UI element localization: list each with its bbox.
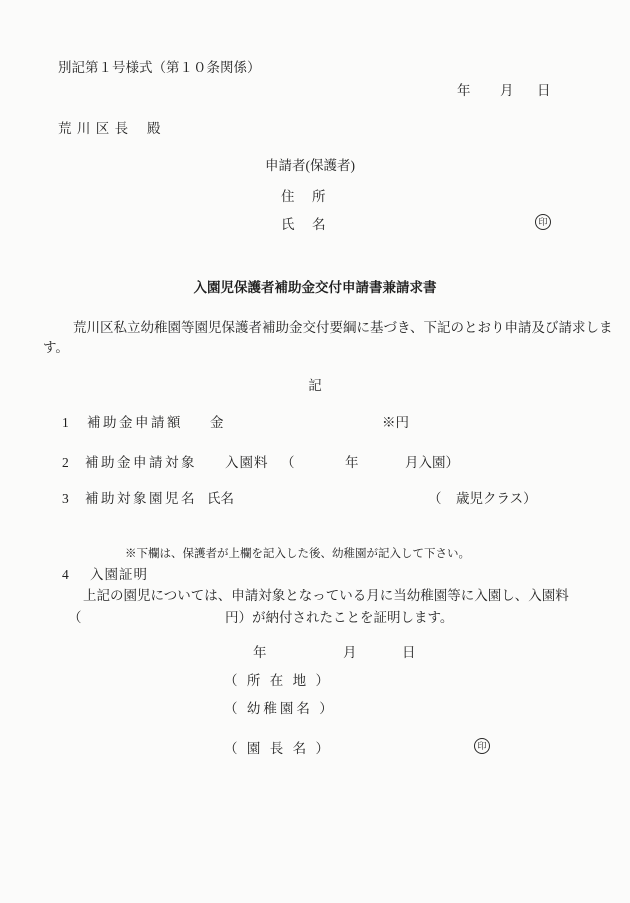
certificate-line-2: 円）が納付されたことを証明します。	[225, 610, 453, 626]
addressee-honorific: 殿	[147, 121, 161, 137]
footer-location-label: （ 所 在 地 ）	[224, 673, 332, 689]
intro-line-2: す。	[43, 340, 69, 356]
item-2-number: 2	[62, 455, 69, 471]
item-3-number: 3	[62, 491, 69, 507]
item-2-paren-open: （	[281, 455, 295, 471]
item-2-field: 入園料	[225, 455, 269, 471]
fill-in-note: ※下欄は、保護者が上欄を記入した後、幼稚園が記入して下さい。	[125, 548, 470, 562]
item-1-amount-prefix: 金	[210, 415, 224, 431]
item-4-label: 入園証明	[90, 567, 148, 583]
address-label-left: 住	[281, 189, 295, 205]
date-month-label: 月	[500, 83, 514, 99]
certificate-paren-open: （	[68, 610, 82, 626]
item-3-paren-open: （	[428, 491, 442, 507]
ki-heading: 記	[0, 378, 630, 394]
item-1-label: 補助金申請額	[87, 415, 183, 431]
item-4-number: 4	[62, 567, 69, 583]
page-title: 入園児保護者補助金交付申請書兼請求書	[0, 280, 630, 296]
item-2-year-label: 年	[345, 455, 359, 471]
footer-director-label: （ 園 長 名 ）	[224, 741, 332, 757]
date-year-label: 年	[457, 83, 471, 99]
addressee: 荒 川 区 長	[58, 121, 129, 137]
date-day-label: 日	[537, 83, 551, 99]
item-2-label: 補助金申請対象	[85, 455, 197, 471]
name-label-left: 氏	[281, 217, 295, 233]
address-label-right: 所	[312, 189, 326, 205]
name-label-right: 名	[312, 217, 326, 233]
item-1-yen-note: ※円	[382, 415, 409, 431]
form-code: 別記第１号様式（第１０条関係）	[58, 60, 261, 76]
certificate-line-1: 上記の園児については、申請対象となっている月に当幼稚園等に入園し、入園料	[83, 588, 569, 604]
footer-date-month-label: 月	[343, 645, 357, 661]
document-page: 別記第１号様式（第１０条関係） 年 月 日 荒 川 区 長 殿 申請者(保護者)…	[0, 0, 630, 903]
item-3-label: 補助対象園児名	[85, 491, 197, 507]
footer-kindergarten-label: （ 幼稚園名 ）	[224, 701, 336, 717]
item-2-month-close: 月入園）	[405, 455, 459, 471]
footer-date-year-label: 年	[253, 645, 267, 661]
item-3-field: 氏名	[207, 491, 234, 507]
footer-date-day-label: 日	[402, 645, 416, 661]
director-seal-icon: 印	[474, 738, 490, 754]
item-3-class-note: 歳児クラス）	[456, 491, 537, 507]
intro-line-1: 荒川区私立幼稚園等園児保護者補助金交付要綱に基づき、下記のとおり申請及び請求しま	[73, 320, 612, 336]
applicant-label: 申請者(保護者)	[265, 158, 355, 174]
item-1-number: 1	[62, 415, 69, 431]
applicant-seal-icon: 印	[535, 214, 551, 230]
